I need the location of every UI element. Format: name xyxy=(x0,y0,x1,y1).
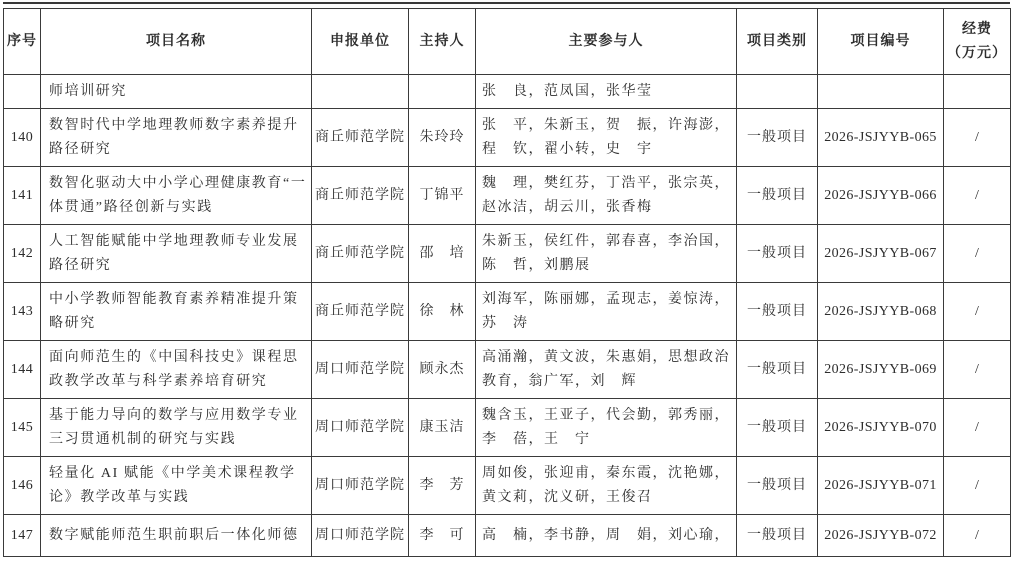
header-fund-label-sub: （万元） xyxy=(946,42,1008,66)
table-top-border xyxy=(3,2,1010,4)
cell-code: 2026-JSJYYB-066 xyxy=(818,167,944,225)
table-body: 师培训研究张 良，范凤国，张华莹140数智时代中学地理教师数字素养提升路径研究商… xyxy=(4,75,1011,557)
cell-leader: 李 可 xyxy=(409,515,476,557)
header-leader-label: 主持人 xyxy=(420,34,465,49)
header-participants-label: 主要参与人 xyxy=(569,34,644,49)
table-row-142: 142人工智能赋能中学地理教师专业发展路径研究商丘师范学院邵 培朱新玉，侯红件，… xyxy=(4,225,1011,283)
cell-no: 147 xyxy=(4,515,41,557)
cell-participants: 张 良，范凤国，张华莹 xyxy=(476,75,737,109)
cell-participants: 朱新玉，侯红件，郭春喜，李治国，陈 哲，刘鹏展 xyxy=(476,225,737,283)
cell-participants: 高 楠，李书静，周 娟，刘心瑜， xyxy=(476,515,737,557)
table-row-146: 146轻量化 AI 赋能《中学美术课程教学论》教学改革与实践周口师范学院李 芳周… xyxy=(4,457,1011,515)
cell-unit: 商丘师范学院 xyxy=(312,225,409,283)
header-unit-label: 申报单位 xyxy=(330,34,390,49)
header-no-label: 序号 xyxy=(7,34,37,49)
cell-participants: 高涌瀚，黄文波，朱惠娟，思想政治教育，翁广军，刘 辉 xyxy=(476,341,737,399)
cell-code: 2026-JSJYYB-072 xyxy=(818,515,944,557)
cell-participants: 张 平，朱新玉，贺 振，许海澎，程 钦，翟小转，史 宇 xyxy=(476,109,737,167)
cell-name: 师培训研究 xyxy=(41,75,312,109)
cell-fund xyxy=(944,75,1011,109)
header-name-label: 项目名称 xyxy=(146,34,206,49)
header-leader: 主持人 xyxy=(409,9,476,75)
header-fund-label: 经费 xyxy=(962,22,992,37)
header-participants: 主要参与人 xyxy=(476,9,737,75)
cell-unit: 周口师范学院 xyxy=(312,515,409,557)
header-name: 项目名称 xyxy=(41,9,312,75)
cell-no: 142 xyxy=(4,225,41,283)
cell-code xyxy=(818,75,944,109)
cell-code: 2026-JSJYYB-067 xyxy=(818,225,944,283)
table-row-141: 141数智化驱动大中小学心理健康教育“一体贯通”路径创新与实践商丘师范学院丁锦平… xyxy=(4,167,1011,225)
header-no: 序号 xyxy=(4,9,41,75)
carryover-row: 师培训研究张 良，范凤国，张华莹 xyxy=(4,75,1011,109)
cell-category: 一般项目 xyxy=(737,341,818,399)
header-category: 项目类别 xyxy=(737,9,818,75)
cell-name: 数智化驱动大中小学心理健康教育“一体贯通”路径创新与实践 xyxy=(41,167,312,225)
cell-no: 146 xyxy=(4,457,41,515)
cell-fund: / xyxy=(944,341,1011,399)
cell-name: 数字赋能师范生职前职后一体化师德 xyxy=(41,515,312,557)
cell-unit: 商丘师范学院 xyxy=(312,283,409,341)
cell-leader: 丁锦平 xyxy=(409,167,476,225)
cell-name: 基于能力导向的数学与应用数学专业三习贯通机制的研究与实践 xyxy=(41,399,312,457)
cell-leader: 朱玲玲 xyxy=(409,109,476,167)
cell-no xyxy=(4,75,41,109)
table-row-140: 140数智时代中学地理教师数字素养提升路径研究商丘师范学院朱玲玲张 平，朱新玉，… xyxy=(4,109,1011,167)
cell-unit xyxy=(312,75,409,109)
cell-fund: / xyxy=(944,399,1011,457)
cell-fund: / xyxy=(944,457,1011,515)
cell-no: 143 xyxy=(4,283,41,341)
header-category-label: 项目类别 xyxy=(747,34,807,49)
scanned-project-list-page: 序号项目名称申报单位主持人主要参与人项目类别项目编号经费（万元） 师培训研究张 … xyxy=(0,0,1016,576)
cell-participants: 刘海军，陈丽娜，孟现志，姜惊涛，苏 涛 xyxy=(476,283,737,341)
header-row: 序号项目名称申报单位主持人主要参与人项目类别项目编号经费（万元） xyxy=(4,9,1011,75)
cell-name: 人工智能赋能中学地理教师专业发展路径研究 xyxy=(41,225,312,283)
cell-leader: 康玉洁 xyxy=(409,399,476,457)
cell-unit: 商丘师范学院 xyxy=(312,167,409,225)
cell-category xyxy=(737,75,818,109)
cell-category: 一般项目 xyxy=(737,399,818,457)
cell-category: 一般项目 xyxy=(737,225,818,283)
cell-code: 2026-JSJYYB-068 xyxy=(818,283,944,341)
cell-category: 一般项目 xyxy=(737,109,818,167)
cell-participants: 魏含玉，王亚子，代会勤，郭秀丽，李 蓓，王 宁 xyxy=(476,399,737,457)
cell-category: 一般项目 xyxy=(737,457,818,515)
header-fund: 经费（万元） xyxy=(944,9,1011,75)
cell-no: 140 xyxy=(4,109,41,167)
table-row-145: 145基于能力导向的数学与应用数学专业三习贯通机制的研究与实践周口师范学院康玉洁… xyxy=(4,399,1011,457)
cell-fund: / xyxy=(944,283,1011,341)
table-header: 序号项目名称申报单位主持人主要参与人项目类别项目编号经费（万元） xyxy=(4,9,1011,75)
cell-leader xyxy=(409,75,476,109)
cell-code: 2026-JSJYYB-070 xyxy=(818,399,944,457)
cell-name: 中小学教师智能教育素养精准提升策略研究 xyxy=(41,283,312,341)
cell-leader: 顾永杰 xyxy=(409,341,476,399)
cell-leader: 邵 培 xyxy=(409,225,476,283)
cell-participants: 魏 理，樊红芬，丁浩平，张宗英，赵冰洁，胡云川，张香梅 xyxy=(476,167,737,225)
cell-no: 145 xyxy=(4,399,41,457)
table-row-147: 147数字赋能师范生职前职后一体化师德周口师范学院李 可高 楠，李书静，周 娟，… xyxy=(4,515,1011,557)
cell-leader: 李 芳 xyxy=(409,457,476,515)
cell-fund: / xyxy=(944,225,1011,283)
header-unit: 申报单位 xyxy=(312,9,409,75)
table-row-143: 143中小学教师智能教育素养精准提升策略研究商丘师范学院徐 林刘海军，陈丽娜，孟… xyxy=(4,283,1011,341)
cell-unit: 周口师范学院 xyxy=(312,341,409,399)
cell-unit: 周口师范学院 xyxy=(312,457,409,515)
cell-name: 轻量化 AI 赋能《中学美术课程教学论》教学改革与实践 xyxy=(41,457,312,515)
cell-fund: / xyxy=(944,167,1011,225)
cell-fund: / xyxy=(944,109,1011,167)
cell-code: 2026-JSJYYB-065 xyxy=(818,109,944,167)
cell-category: 一般项目 xyxy=(737,515,818,557)
cell-no: 144 xyxy=(4,341,41,399)
cell-code: 2026-JSJYYB-071 xyxy=(818,457,944,515)
cell-participants: 周如俊，张迎甫，秦东霞，沈艳娜，黄文莉，沈义研，王俊召 xyxy=(476,457,737,515)
header-code: 项目编号 xyxy=(818,9,944,75)
cell-category: 一般项目 xyxy=(737,283,818,341)
cell-no: 141 xyxy=(4,167,41,225)
cell-name: 数智时代中学地理教师数字素养提升路径研究 xyxy=(41,109,312,167)
cell-name: 面向师范生的《中国科技史》课程思政教学改革与科学素养培育研究 xyxy=(41,341,312,399)
project-approval-table: 序号项目名称申报单位主持人主要参与人项目类别项目编号经费（万元） 师培训研究张 … xyxy=(3,8,1011,557)
table-row-144: 144面向师范生的《中国科技史》课程思政教学改革与科学素养培育研究周口师范学院顾… xyxy=(4,341,1011,399)
cell-unit: 周口师范学院 xyxy=(312,399,409,457)
cell-code: 2026-JSJYYB-069 xyxy=(818,341,944,399)
header-code-label: 项目编号 xyxy=(851,34,911,49)
cell-fund: / xyxy=(944,515,1011,557)
cell-leader: 徐 林 xyxy=(409,283,476,341)
cell-unit: 商丘师范学院 xyxy=(312,109,409,167)
cell-category: 一般项目 xyxy=(737,167,818,225)
